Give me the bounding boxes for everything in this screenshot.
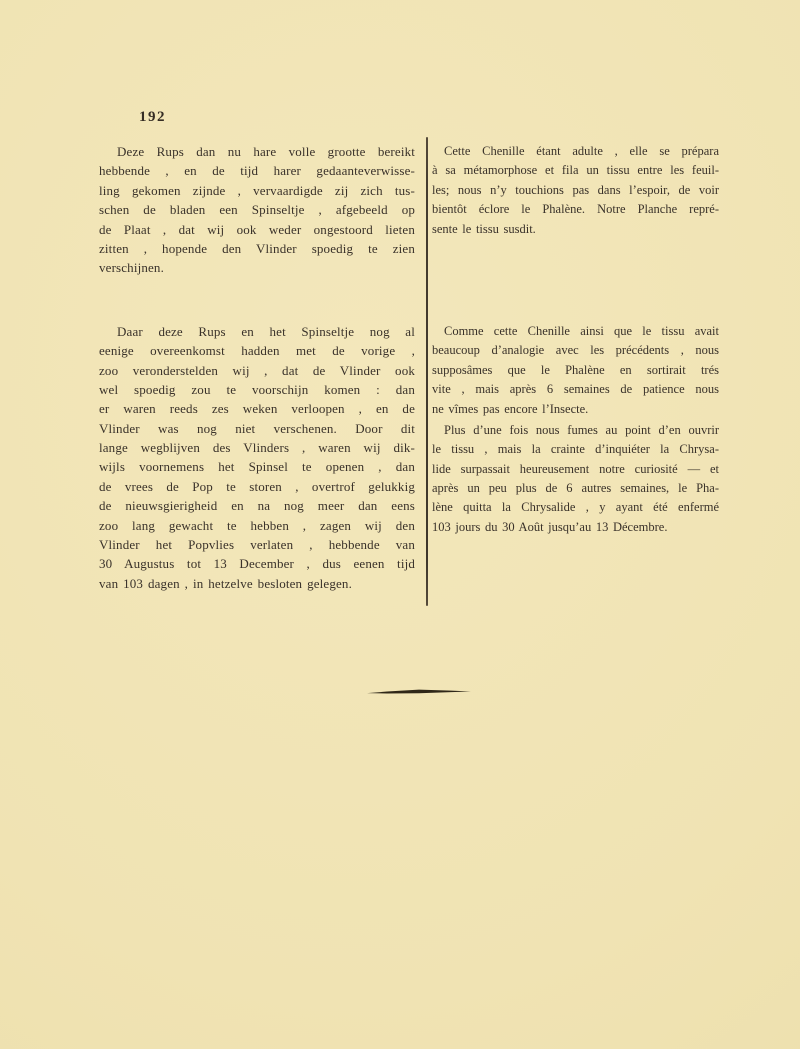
- text-line: lène quitta la Chrysalide , y ayant été …: [432, 498, 719, 517]
- swelled-rule-icon: [367, 686, 471, 697]
- left-column-dutch-text: Deze Rups dan nu hare volle grootte bere…: [99, 142, 415, 593]
- text-line: zitten , hopende den Vlinder spoedig te …: [99, 239, 415, 258]
- text-line: ling gekomen zijnde , vervaardigde zij z…: [99, 181, 415, 200]
- text-line: à sa métamorphose et fila un tissu entre…: [432, 161, 719, 180]
- right-column-french-text: Cette Chenille étant adulte , elle se pr…: [432, 142, 719, 537]
- text-line: eenige overeenkomst hadden met de vorige…: [99, 341, 415, 360]
- text-line: Comme cette Chenille ainsi que le tissu …: [432, 322, 719, 341]
- page-number: 192: [139, 109, 166, 126]
- column-divider-rule: [426, 137, 428, 606]
- paragraph: Deze Rups dan nu hare volle grootte bere…: [99, 142, 415, 278]
- text-line: wijls voornemens het Spinsel te openen ,…: [99, 457, 415, 476]
- tailpiece-swelled-rule: [367, 683, 471, 694]
- book-page: 192 Deze Rups dan nu hare volle grootte …: [0, 0, 800, 1049]
- text-line: van 103 dagen , in hetzelve besloten gel…: [99, 574, 415, 593]
- text-line: zoo lang gewacht te hebben , zagen wij d…: [99, 516, 415, 535]
- text-line: schen de bladen een Spinseltje , afgebee…: [99, 200, 415, 219]
- text-line: supposâmes que le Phalène en sortirait t…: [432, 361, 719, 380]
- text-line: de Plaat , dat wij ook weder ongestoord …: [99, 220, 415, 239]
- text-line: lange wegblijven des Vlinders , waren wi…: [99, 438, 415, 457]
- text-line: 103 jours du 30 Août jusqu’au 13 Décembr…: [432, 518, 719, 537]
- text-line: de nieuwsgierigheid en na nog meer dan e…: [99, 496, 415, 515]
- paragraph: Plus d’une fois nous fumes au point d’en…: [432, 421, 719, 537]
- text-line: lide surpassait heureusement notre curio…: [432, 460, 719, 479]
- paragraph: Cette Chenille étant adulte , elle se pr…: [432, 142, 719, 239]
- text-line: vite , mais après 6 semaines de patience…: [432, 380, 719, 399]
- text-line: de vrees de Pop te storen , overtrof gel…: [99, 477, 415, 496]
- paragraph: Daar deze Rups en het Spinseltje nog ale…: [99, 322, 415, 593]
- text-line: Vlinder het Popvlies verlaten , hebbende…: [99, 535, 415, 554]
- text-line: bientôt éclore le Phalène. Notre Planche…: [432, 200, 719, 219]
- text-line: 30 Augustus tot 13 December , dus eenen …: [99, 554, 415, 573]
- text-line: Deze Rups dan nu hare volle grootte bere…: [99, 142, 415, 161]
- text-line: Daar deze Rups en het Spinseltje nog al: [99, 322, 415, 341]
- text-line: les; nous n’y touchions pas dans l’espoi…: [432, 181, 719, 200]
- text-line: Plus d’une fois nous fumes au point d’en…: [432, 421, 719, 440]
- text-line: er waren reeds zes weken verloopen , en …: [99, 399, 415, 418]
- text-line: zoo veronderstelden wij , dat de Vlinder…: [99, 361, 415, 380]
- text-line: Vlinder was nog niet verschenen. Door di…: [99, 419, 415, 438]
- text-line: Cette Chenille étant adulte , elle se pr…: [432, 142, 719, 161]
- text-line: après un peu plus de 6 autres semaines, …: [432, 479, 719, 498]
- text-line: ne vîmes pas encore l’Insecte.: [432, 400, 719, 419]
- text-line: beaucoup d’analogie avec les précédents …: [432, 341, 719, 360]
- text-line: verschijnen.: [99, 258, 415, 277]
- text-line: hebbende , en de tijd harer gedaanteverw…: [99, 161, 415, 180]
- paragraph: Comme cette Chenille ainsi que le tissu …: [432, 322, 719, 419]
- text-line: sente le tissu susdit.: [432, 220, 719, 239]
- text-line: le tissu , mais la crainte d’inquiéter l…: [432, 440, 719, 459]
- text-line: wel spoedig zou te voorschijn komen : da…: [99, 380, 415, 399]
